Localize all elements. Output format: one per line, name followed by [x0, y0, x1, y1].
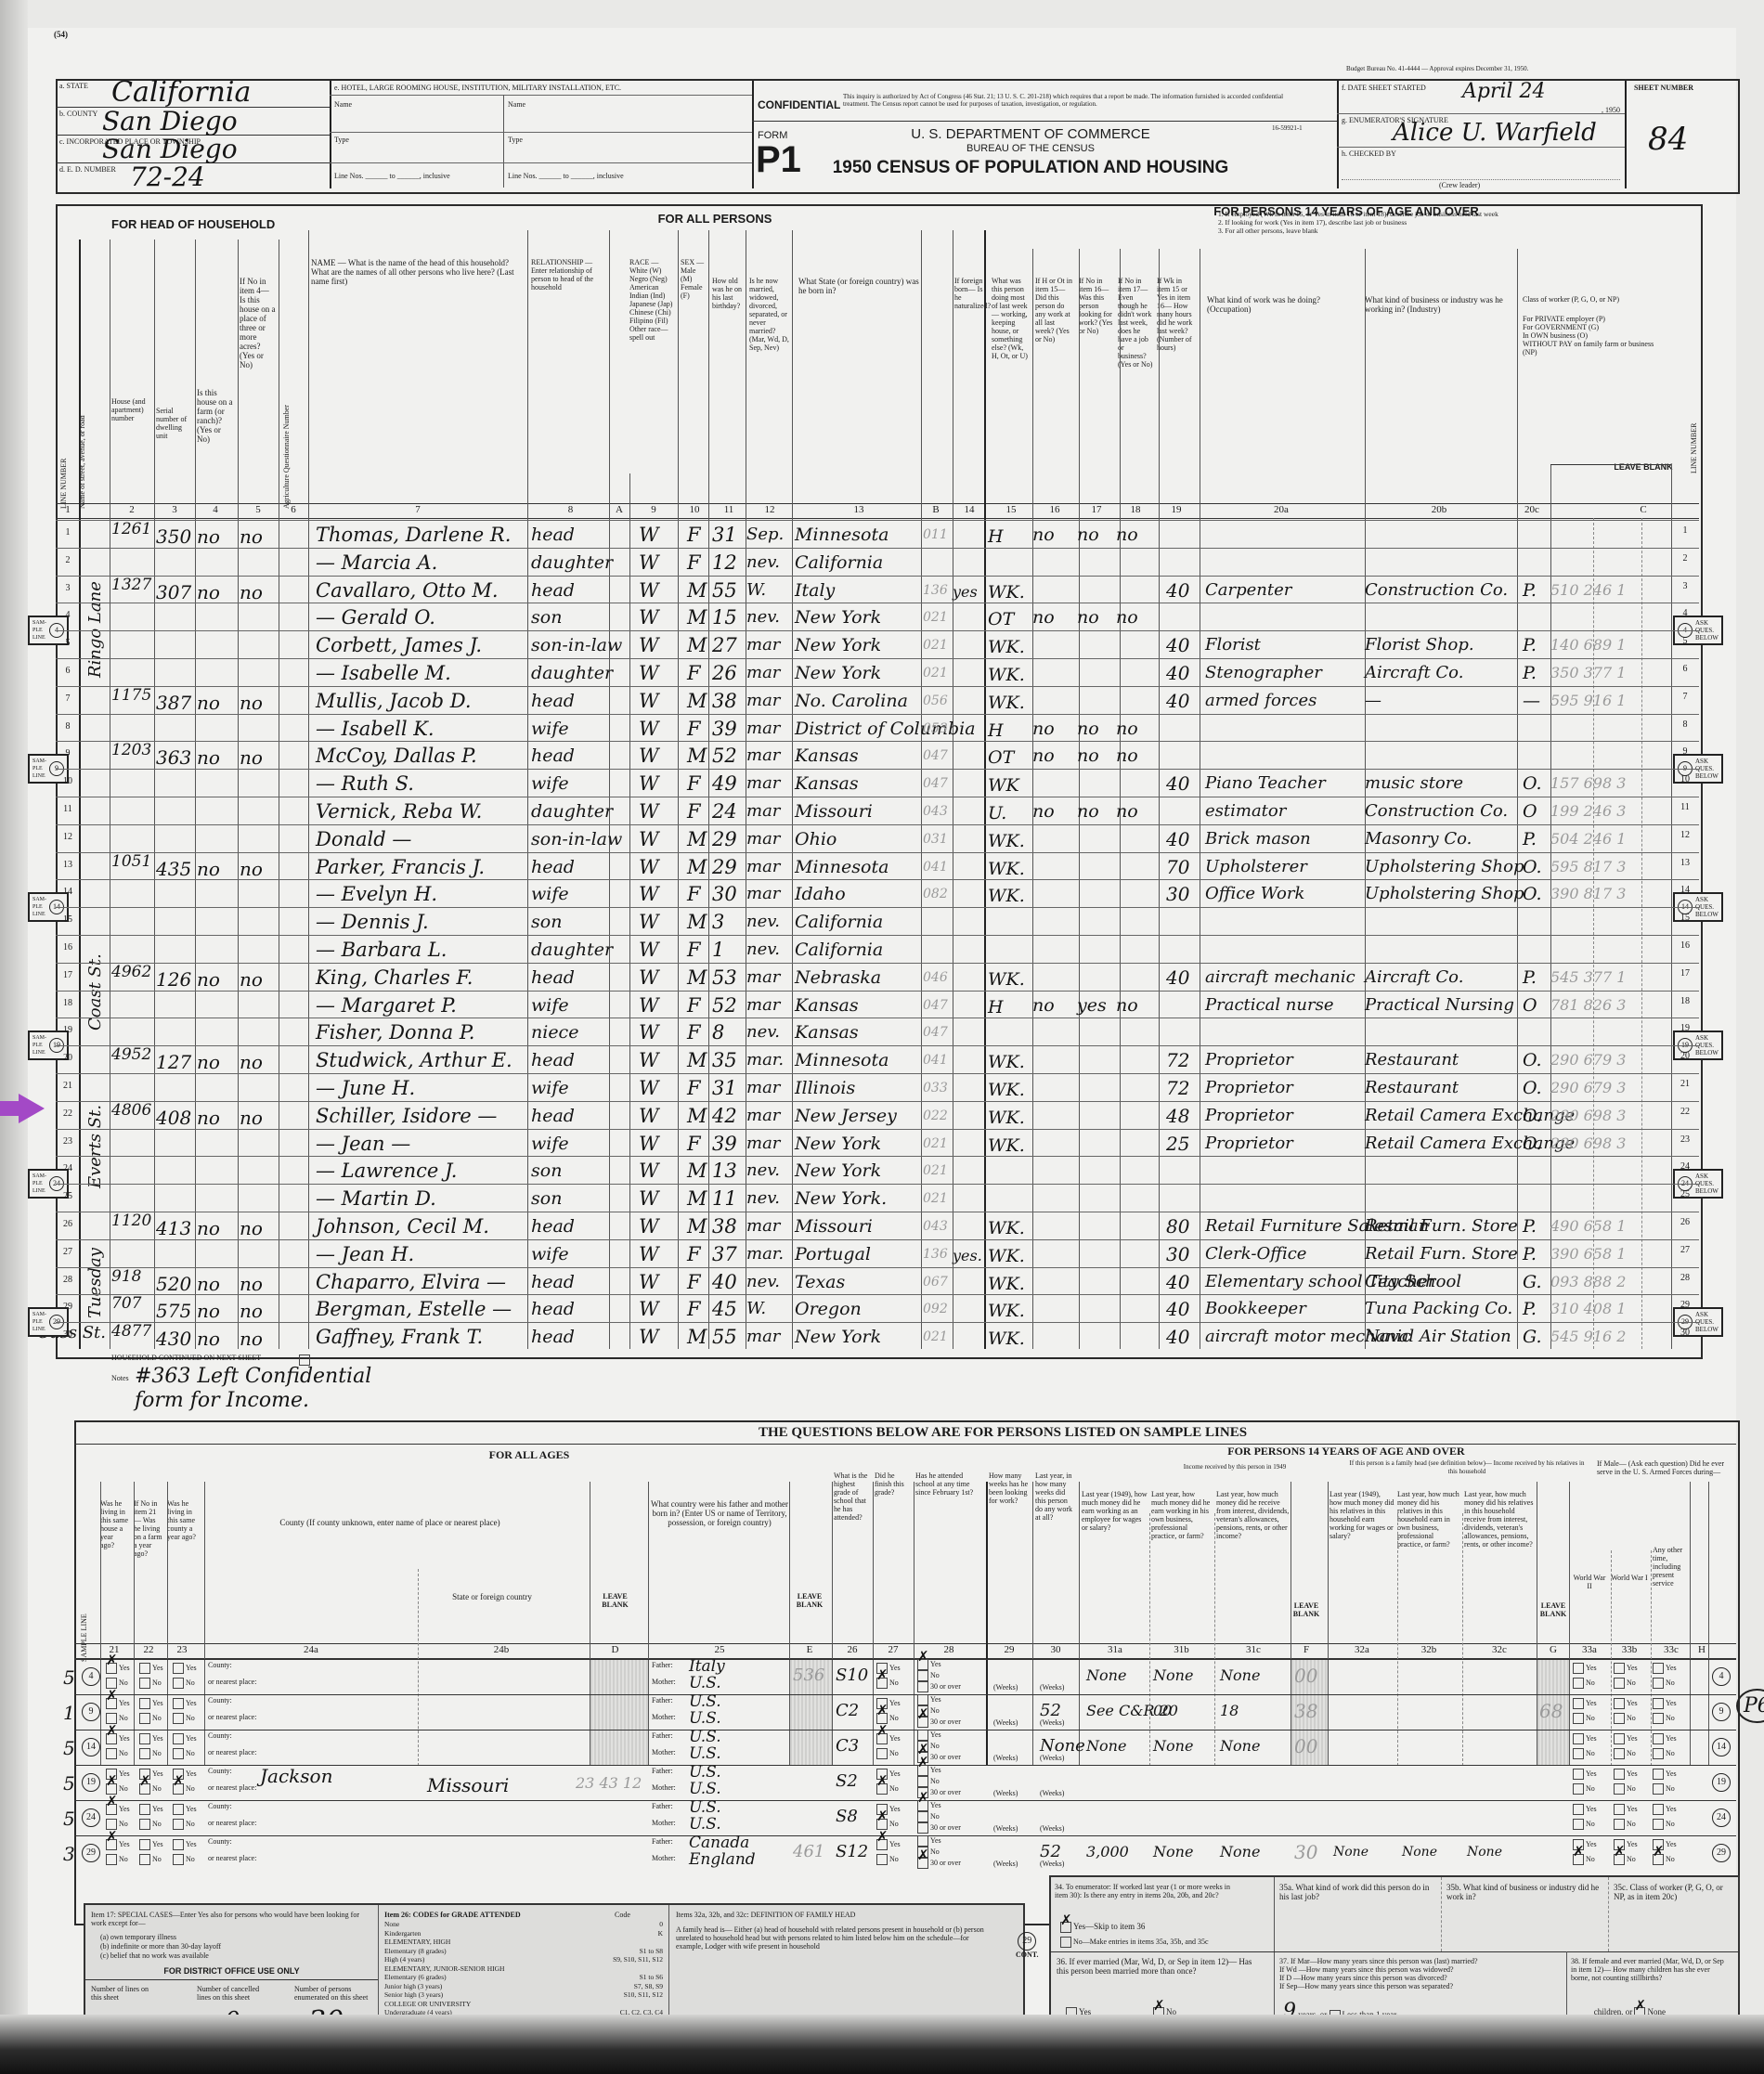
attended-school-checkboxes[interactable]: YesNo30 or over	[917, 1800, 961, 1834]
race: W	[639, 798, 659, 824]
relationship: head	[531, 1324, 575, 1350]
line-number: 18	[58, 998, 77, 1008]
industry: —	[1365, 688, 1381, 714]
finished-grade-checkboxes[interactable]: YesNo	[876, 1769, 901, 1795]
sample-right-line-number: 29	[1712, 1843, 1731, 1862]
relationship: niece	[531, 1019, 578, 1045]
age: 29	[712, 854, 737, 880]
sample-line-number: 24	[82, 1808, 100, 1827]
marital-status: mar	[746, 632, 780, 658]
q23-checkboxes[interactable]: YesNo	[173, 1839, 197, 1865]
ww1-checkboxes[interactable]: YesNo	[1614, 1733, 1638, 1759]
house-number: 4806	[111, 1097, 151, 1123]
house-number: 4877	[111, 1318, 151, 1344]
occupation-instructions: 1. If employed (Wk in item 15, or Yes in…	[1218, 210, 1682, 235]
highest-grade: S12	[836, 1839, 868, 1865]
sex: M	[687, 1103, 707, 1129]
birthplace: New York	[795, 1324, 881, 1350]
highest-grade: S8	[836, 1804, 858, 1830]
activity: H	[988, 718, 1004, 744]
relationship: daughter	[531, 937, 613, 963]
industry: Upholstering Shop	[1365, 854, 1524, 880]
activity: WK.	[988, 579, 1025, 605]
relatives-wage-income: None	[1333, 1839, 1368, 1865]
looking-for-work: no	[1077, 798, 1099, 824]
sample-right-line-number: 9	[1712, 1702, 1731, 1721]
occupation: Proprietor	[1205, 1047, 1293, 1073]
q22-checkboxes[interactable]: YesNo	[139, 1839, 163, 1865]
table-row: 9 1203 363 no no McCoy, Dallas P. head W…	[56, 741, 1764, 770]
right-line-number-label: LINE NUMBER	[1690, 381, 1698, 473]
industry: Retail Furn. Store	[1365, 1241, 1518, 1267]
date-label: f. DATE SHEET STARTED	[1342, 84, 1426, 92]
office-codes: 290 679 3	[1550, 1047, 1626, 1073]
weeks-worked-label: (Weeks)	[1040, 1789, 1064, 1797]
occupation: armed forces	[1205, 688, 1317, 714]
district-office-title: FOR DISTRICT OFFICE USE ONLY	[85, 1966, 378, 1976]
q21-checkboxes[interactable]: YesNo	[106, 1663, 130, 1689]
sample-margin-mark: 5	[63, 1770, 75, 1796]
sex: F	[687, 881, 701, 907]
race: W	[639, 660, 659, 686]
col-3-label: Serial number of dwelling unit	[156, 407, 193, 440]
form-id: 16-59921-1	[1272, 124, 1303, 133]
activity: WK.	[988, 1326, 1025, 1352]
race: W	[639, 577, 659, 603]
person-name: — Martin D.	[316, 1186, 436, 1212]
class-of-worker: O	[1523, 798, 1537, 824]
mother-birthplace: England	[689, 1847, 756, 1873]
county-label: County:or nearest place:	[208, 1696, 256, 1721]
other-income: None	[1220, 1663, 1260, 1689]
line-number: 1	[58, 527, 77, 538]
weeks-worked-label: (Weeks)	[1040, 1754, 1064, 1762]
col-19-label: If Wk in item 15 or Yes in item 16— How …	[1157, 277, 1196, 352]
birthplace-code: 047	[923, 1019, 948, 1045]
sex: M	[687, 965, 707, 991]
sex: M	[687, 826, 707, 852]
farm-answer: no	[197, 690, 220, 716]
section-head-of-household: FOR HEAD OF HOUSEHOLD	[111, 217, 275, 231]
person-name: Corbett, James J.	[316, 632, 482, 658]
code-f: 30	[1294, 1839, 1317, 1865]
finished-grade-checkboxes[interactable]: YesNo	[876, 1663, 901, 1689]
race: W	[639, 1241, 659, 1267]
marital-status: mar	[746, 688, 780, 714]
activity: H	[988, 524, 1004, 550]
occupation: Florist	[1205, 632, 1261, 658]
sample-all-ages: FOR ALL AGES	[390, 1448, 668, 1462]
right-line-number: 21	[1676, 1079, 1694, 1089]
birthplace-code: 043	[923, 1213, 948, 1239]
q23-checkboxes[interactable]: YesNo	[173, 1663, 197, 1689]
line-number: 17	[58, 970, 77, 980]
sample-margin-mark: 5	[63, 1665, 75, 1691]
farm-answer: no	[197, 1326, 220, 1352]
col-2-label: House (and apartment) number	[111, 397, 152, 422]
line-number: 11	[58, 804, 77, 814]
col-16-label: If H or Ot in item 15— Did this person d…	[1035, 277, 1074, 344]
birthplace: Italy	[795, 577, 835, 603]
line-number: 3	[58, 583, 77, 593]
activity: H	[988, 994, 1004, 1020]
q21-checkboxes[interactable]: YesNo	[106, 1698, 130, 1724]
acres-answer: no	[240, 579, 263, 605]
birthplace-code: 021	[923, 604, 948, 630]
table-row: 1 1261 350 no no Thomas, Darlene R. head…	[56, 520, 1764, 549]
birthplace-code: 082	[923, 881, 948, 907]
line-number: 5	[58, 638, 77, 648]
marital-status: nev.	[746, 1269, 780, 1295]
table-row: 19 Fisher, Donna P. niece W F 8 nev. Kan…	[56, 1018, 1764, 1046]
ww2-checkboxes[interactable]: YesNo	[1573, 1839, 1597, 1865]
q22-checkboxes[interactable]: YesNo	[139, 1733, 163, 1759]
q22-checkboxes[interactable]: YesNo	[139, 1769, 163, 1795]
class-of-worker: O.	[1523, 854, 1542, 880]
activity: WK.	[988, 690, 1025, 716]
office-codes: 510 246 1	[1550, 577, 1626, 603]
age: 24	[712, 798, 737, 824]
attended-school-checkboxes[interactable]: YesNo30 or over	[917, 1835, 961, 1869]
relationship: son	[531, 1186, 562, 1212]
table-row: 14 — Evelyn H. wife W F 30 mar Idaho 082…	[56, 879, 1764, 908]
business-income: None	[1153, 1663, 1193, 1689]
county-value: Jackson	[260, 1763, 332, 1789]
q22-checkboxes[interactable]: YesNo	[139, 1663, 163, 1689]
birthplace: California	[795, 550, 883, 576]
person-name: — Evelyn H.	[316, 881, 437, 907]
house-number: 1051	[111, 849, 151, 875]
sample-column-number-row: 21 22 23 24a 24b D 25 E 26 27 28 29 30 3…	[74, 1644, 1736, 1658]
finished-grade-checkboxes[interactable]: YesNo	[876, 1804, 901, 1830]
person-name: Parker, Francis J.	[316, 854, 485, 880]
birthplace: Minnesota	[795, 1047, 888, 1073]
serial-number: 408	[156, 1105, 191, 1131]
acres-answer: no	[240, 856, 263, 882]
race: W	[639, 1103, 659, 1129]
line-number: 12	[58, 832, 77, 842]
table-row: 15 — Dennis J. son W M 3 nev. California…	[56, 907, 1764, 936]
q21-checkboxes[interactable]: YesNo	[106, 1839, 130, 1865]
attended-school-checkboxes[interactable]: YesNo30 or over	[917, 1694, 961, 1728]
birthplace: Idaho	[795, 881, 846, 907]
right-line-number: 6	[1676, 664, 1694, 674]
class-of-worker: O.	[1523, 1131, 1542, 1157]
birthplace: Kansas	[795, 1019, 859, 1045]
marital-status: nev.	[746, 1158, 780, 1184]
birthplace: Missouri	[795, 1213, 873, 1239]
ww2-checkboxes[interactable]: YesNo	[1573, 1769, 1597, 1795]
acres-answer: no	[240, 524, 263, 550]
other-service-checkboxes[interactable]: YesNo	[1653, 1698, 1677, 1724]
age: 30	[712, 881, 737, 907]
q22-checkboxes[interactable]: YesNo	[139, 1698, 163, 1724]
sample-line-number: 19	[82, 1772, 100, 1792]
q23-checkboxes[interactable]: YesNo	[173, 1769, 197, 1795]
place-value: San Diego	[102, 134, 238, 164]
county-label: County:or nearest place:	[208, 1767, 256, 1792]
finished-grade-checkboxes[interactable]: YesNo	[876, 1698, 901, 1724]
q23-checkboxes[interactable]: YesNo	[173, 1804, 197, 1830]
serial-number: 435	[156, 856, 191, 882]
sex: F	[687, 1296, 701, 1322]
industry: music store	[1365, 771, 1463, 797]
other-service-checkboxes[interactable]: YesNo	[1653, 1733, 1677, 1759]
industry: Aircraft Co.	[1365, 965, 1463, 991]
finished-grade-checkboxes[interactable]: YesNo	[876, 1733, 901, 1759]
other-service-checkboxes[interactable]: YesNo	[1653, 1663, 1677, 1689]
birthplace: Ohio	[795, 826, 837, 852]
industry: Construction Co.	[1365, 577, 1508, 603]
parents-labels: Father:Mother:	[652, 1661, 676, 1686]
line-nos-label-2: Line Nos. ______ to ______, inclusive	[508, 172, 624, 180]
person-name: — Gerald O.	[316, 604, 435, 630]
sex: F	[687, 550, 701, 576]
sample-right-line-number: 14	[1712, 1737, 1731, 1756]
serial-number: 307	[156, 579, 191, 605]
age: 37	[712, 1241, 737, 1267]
grade-code-entry: Elementary (8 grades)S1 to S8	[384, 1947, 663, 1956]
finished-grade-checkboxes[interactable]: YesNo	[876, 1839, 901, 1865]
line-number: 16	[58, 942, 77, 953]
class-of-worker: O.	[1523, 1047, 1542, 1073]
weeks-looking-label: (Weeks)	[993, 1860, 1018, 1868]
other-service-checkboxes[interactable]: YesNo	[1653, 1839, 1677, 1865]
ww1-checkboxes[interactable]: YesNo	[1614, 1663, 1638, 1689]
ww1-checkboxes[interactable]: YesNo	[1614, 1698, 1638, 1724]
grade-code-entry: Senior high (3 years)S10, S11, S12	[384, 1990, 663, 2000]
marital-status: mar	[746, 1103, 780, 1129]
ww2-checkboxes[interactable]: YesNo	[1573, 1804, 1597, 1830]
code-d: 23 43 12	[576, 1770, 642, 1796]
scan-edge-bottom	[0, 2015, 1764, 2074]
race: W	[639, 1186, 659, 1212]
q21-checkboxes[interactable]: YesNo	[106, 1733, 130, 1759]
sample-right-line-number: 4	[1712, 1666, 1731, 1686]
hours-worked: 40	[1166, 688, 1189, 714]
relationship: head	[531, 1103, 575, 1129]
sample-row: 3 29 YesNo YesNo YesNo County:or nearest…	[28, 1835, 1736, 1871]
relationship: daughter	[531, 550, 613, 576]
birthplace: No. Carolina	[795, 688, 908, 714]
hours-worked: 70	[1166, 854, 1189, 880]
weeks-looking-label: (Weeks)	[993, 1718, 1018, 1727]
person-name: — Margaret P.	[316, 992, 457, 1018]
activity: WK	[988, 772, 1019, 798]
marital-status: mar	[746, 771, 780, 797]
table-row: 21 — June H. wife W F 31 mar Illinois 03…	[56, 1073, 1764, 1102]
special-cases-title: Item 17: SPECIAL CASES—Enter Yes also fo…	[91, 1911, 370, 1927]
activity: WK.	[988, 1105, 1025, 1131]
q38-label: 38. If female and ever married (Mar, Wd,…	[1571, 1957, 1729, 1982]
ww2-checkboxes[interactable]: YesNo	[1573, 1733, 1597, 1759]
marital-status: mar	[746, 716, 780, 742]
race: W	[639, 522, 659, 548]
highest-grade: C2	[836, 1698, 859, 1724]
looking-for-work: no	[1077, 743, 1099, 769]
table-row: 2 — Marcia A. daughter W F 12 nev. Calif…	[56, 548, 1764, 577]
person-name: — Jean H.	[316, 1241, 414, 1267]
other-service-checkboxes[interactable]: YesNo	[1653, 1769, 1677, 1795]
sheet-number-label: SHEET NUMBER	[1627, 84, 1701, 92]
state-label: a. STATE	[59, 82, 88, 90]
marital-status: Sep.	[746, 522, 784, 548]
acres-answer: no	[240, 1105, 263, 1131]
line-number: 13	[58, 860, 77, 870]
col-17-label: If No in item 16— Was this person lookin…	[1079, 277, 1114, 335]
sample-row: 5 19 YesNo YesNo YesNo County:or nearest…	[28, 1765, 1736, 1800]
sex: M	[687, 1186, 707, 1212]
relationship: daughter	[531, 660, 613, 686]
naturalized: yes.	[953, 1243, 982, 1269]
birthplace-code: 092	[923, 1296, 948, 1322]
age: 52	[712, 743, 737, 769]
sample-line-number: 9	[82, 1702, 100, 1721]
q21-checkboxes[interactable]: YesNo	[106, 1804, 130, 1830]
marital-status: nev.	[746, 937, 780, 963]
relationship: head	[531, 854, 575, 880]
grade-code-entry: ELEMENTARY, HIGH	[384, 1938, 663, 1947]
occupation: Piano Teacher	[1205, 771, 1326, 797]
relationship: head	[531, 577, 575, 603]
q23-checkboxes[interactable]: YesNo	[173, 1698, 197, 1724]
sex: M	[687, 604, 707, 630]
has-job: no	[1116, 522, 1138, 548]
race: W	[639, 881, 659, 907]
birthplace-code: 046	[923, 965, 948, 991]
weeks-looking-label: (Weeks)	[993, 1754, 1018, 1762]
form-number: P1	[756, 139, 801, 180]
relationship: wife	[531, 716, 569, 742]
sample-margin-mark: 5	[63, 1806, 75, 1832]
serial-number: 413	[156, 1215, 191, 1241]
line-number: 30	[58, 1329, 77, 1340]
right-line-number: 22	[1676, 1107, 1694, 1117]
hours-worked: 40	[1166, 965, 1189, 991]
weeks-looking-label: (Weeks)	[993, 1824, 1018, 1833]
office-codes: 595 817 3	[1550, 854, 1626, 880]
census-sheet: (54) Budget Bureau No. 41-4444 — Approva…	[28, 28, 1736, 2052]
sample-row: 5 14 YesNo YesNo YesNo County:or nearest…	[28, 1730, 1736, 1765]
birthplace-code: 021	[923, 1131, 948, 1157]
office-codes: 545 916 2	[1550, 1324, 1626, 1350]
farm-answer: no	[197, 1271, 220, 1297]
parents-labels: Father:Mother:	[652, 1837, 676, 1862]
right-line-number: 18	[1676, 996, 1694, 1006]
confidential-text: This inquiry is authorized by Act of Con…	[843, 93, 1298, 108]
birthplace-code: 033	[923, 1075, 948, 1101]
ww2-checkboxes[interactable]: YesNo	[1573, 1698, 1597, 1724]
highest-grade: S2	[836, 1769, 858, 1795]
race: W	[639, 854, 659, 880]
birthplace-code: 043	[923, 798, 948, 824]
age: 55	[712, 1324, 737, 1350]
serial-number: 126	[156, 966, 191, 992]
other-service-checkboxes[interactable]: YesNo	[1653, 1804, 1677, 1830]
attended-school-checkboxes[interactable]: YesNo30 or over	[917, 1659, 961, 1692]
race: W	[639, 1324, 659, 1350]
hours-worked: 30	[1166, 1241, 1189, 1267]
sheet-number: 84	[1648, 121, 1688, 158]
activity: WK.	[988, 883, 1025, 909]
state-value: Missouri	[427, 1772, 509, 1798]
sex: F	[687, 1241, 701, 1267]
person-name: — Marcia A.	[316, 550, 437, 576]
race: W	[639, 909, 659, 935]
activity: WK.	[988, 1298, 1025, 1324]
house-number: 707	[111, 1290, 141, 1316]
parents-labels: Father:Mother:	[652, 1802, 676, 1827]
q34-no[interactable]: No—Make entries in items 35a, 35b, and 3…	[1060, 1937, 1209, 1948]
hours-worked: 40	[1166, 1324, 1189, 1350]
age: 40	[712, 1269, 737, 1295]
highest-grade: C3	[836, 1733, 859, 1759]
right-line-number: 11	[1676, 802, 1694, 812]
birthplace: Portugal	[795, 1241, 871, 1267]
occupation: Clerk-Office	[1205, 1241, 1306, 1267]
institution-name-label-2: Name	[508, 100, 525, 109]
ww2-checkboxes[interactable]: YesNo	[1573, 1663, 1597, 1689]
ed-number: 72-24	[130, 162, 205, 192]
q21-checkboxes[interactable]: YesNo	[106, 1769, 130, 1795]
class-of-worker: O.	[1523, 771, 1542, 797]
col-9-label: RACE — White (W) Negro (Neg) American In…	[629, 258, 678, 342]
date-value: April 24	[1462, 80, 1546, 103]
q23-checkboxes[interactable]: YesNo	[173, 1733, 197, 1759]
person-name: — Isabelle M.	[316, 660, 451, 686]
house-number: 1175	[111, 682, 151, 708]
sex: M	[687, 743, 707, 769]
ww1-checkboxes[interactable]: YesNo	[1614, 1769, 1638, 1795]
person-name: Johnson, Cecil M.	[316, 1213, 489, 1239]
birthplace: New York	[795, 632, 881, 658]
weeks-looking-label: (Weeks)	[993, 1789, 1018, 1797]
business-income: None	[1153, 1839, 1193, 1865]
age: 11	[712, 1186, 737, 1212]
col-12-label: Is he now married, widowed, divorced, se…	[749, 277, 790, 352]
race: W	[639, 771, 659, 797]
q34-yes[interactable]: Yes—Skip to item 36	[1060, 1922, 1145, 1933]
age: 52	[712, 992, 737, 1018]
weeks-worked-label: (Weeks)	[1040, 1824, 1064, 1833]
code-f: 38	[1294, 1698, 1317, 1724]
code-f: 00	[1294, 1663, 1317, 1689]
class-of-worker: O.	[1523, 1075, 1542, 1101]
office-codes: 390 658 1	[1550, 1241, 1626, 1267]
wage-income: None	[1086, 1663, 1126, 1689]
birthplace-code: 031	[923, 826, 948, 852]
county-label: County:or nearest place:	[208, 1661, 256, 1686]
ww1-checkboxes[interactable]: YesNo	[1614, 1804, 1638, 1830]
ww1-checkboxes[interactable]: YesNo	[1614, 1839, 1638, 1865]
relationship: wife	[531, 1241, 569, 1267]
activity: WK.	[988, 1271, 1025, 1297]
line-number: 6	[58, 666, 77, 676]
county-label: County:or nearest place:	[208, 1731, 256, 1756]
relatives-other-income: None	[1467, 1839, 1502, 1865]
relationship: head	[531, 1047, 575, 1073]
q22-checkboxes[interactable]: YesNo	[139, 1804, 163, 1830]
section-all-persons: FOR ALL PERSONS	[529, 212, 901, 226]
line-number: 23	[58, 1136, 77, 1147]
q37-label: 37. If Mar—How many years since this per…	[1279, 1957, 1558, 1990]
table-row: 6 — Isabelle M. daughter W F 26 mar New …	[56, 658, 1764, 687]
q35a-label: 35a. What kind of work did this person d…	[1279, 1883, 1437, 1901]
age: 31	[712, 1075, 737, 1101]
right-line-number: 26	[1676, 1217, 1694, 1227]
col-8-label: RELATIONSHIP — Enter relationship of per…	[531, 258, 610, 292]
person-name: Studwick, Arthur E.	[316, 1047, 512, 1073]
